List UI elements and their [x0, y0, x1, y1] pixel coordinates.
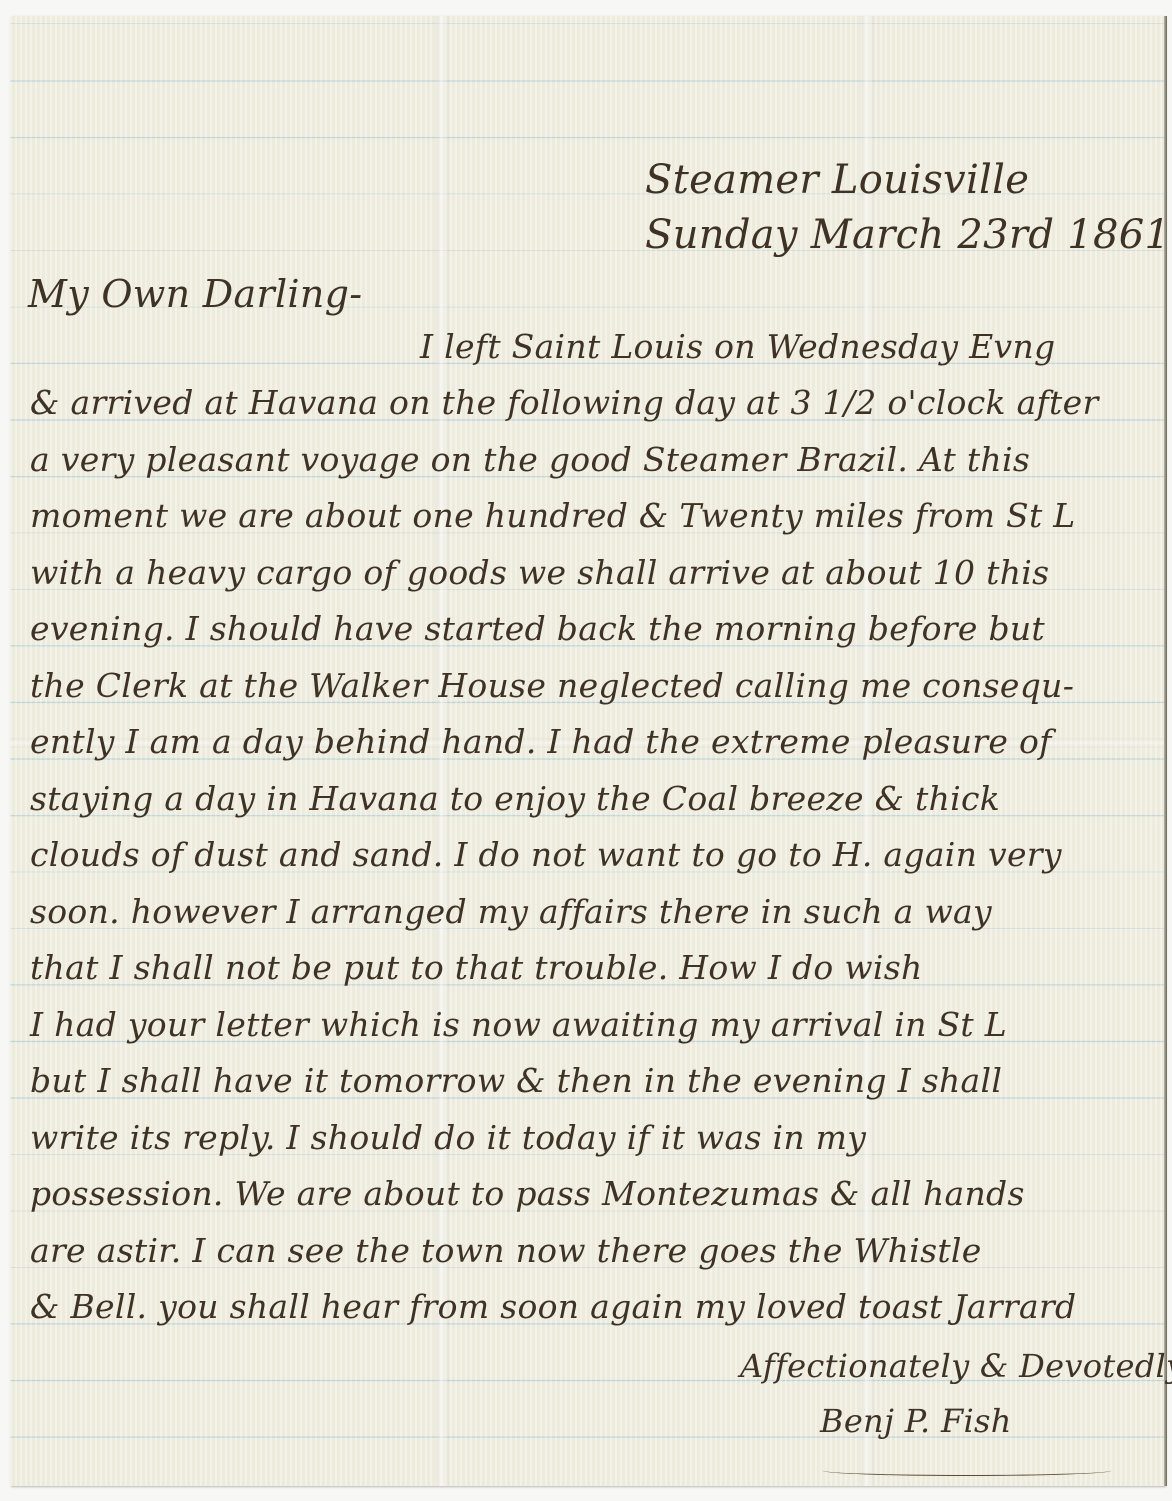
body-line-12: that I shall not be put to that trouble.… [30, 951, 923, 984]
body-line-11: soon. however I arranged my affairs ther… [30, 895, 992, 928]
body-line-18: & Bell. you shall hear from soon again m… [30, 1290, 1076, 1323]
body-line-4: moment we are about one hundred & Twenty… [30, 499, 1076, 532]
body-line-3: a very pleasant voyage on the good Steam… [30, 443, 1030, 476]
body-line-8: ently I am a day behind hand. I had the … [30, 725, 1052, 758]
body-line-10: clouds of dust and sand. I do not want t… [30, 838, 1062, 871]
body-line-5: with a heavy cargo of goods we shall arr… [30, 556, 1049, 589]
body-line-9: staying a day in Havana to enjoy the Coa… [30, 782, 1000, 815]
heading-date: Sunday March 23rd 1861 [645, 215, 1170, 255]
body-line-2: & arrived at Havana on the following day… [30, 386, 1099, 419]
body-line-7: the Clerk at the Walker House neglected … [30, 669, 1074, 702]
salutation: My Own Darling- [28, 275, 362, 313]
closing: Affectionately & Devotedly [740, 1350, 1172, 1382]
body-line-14: but I shall have it tomorrow & then in t… [30, 1064, 1002, 1097]
body-line-1: I left Saint Louis on Wednesday Evng [420, 330, 1055, 363]
heading-place: Steamer Louisville [645, 160, 1029, 200]
body-line-15: write its reply. I should do it today if… [30, 1121, 866, 1154]
body-line-6: evening. I should have started back the … [30, 612, 1045, 645]
body-line-16: possession. We are about to pass Montezu… [30, 1177, 1025, 1210]
body-line-13: I had your letter which is now awaiting … [30, 1008, 1007, 1041]
signature-flourish [822, 1465, 1112, 1476]
body-line-17: are astir. I can see the town now there … [30, 1234, 982, 1267]
signature: Benj P. Fish [820, 1405, 1012, 1437]
